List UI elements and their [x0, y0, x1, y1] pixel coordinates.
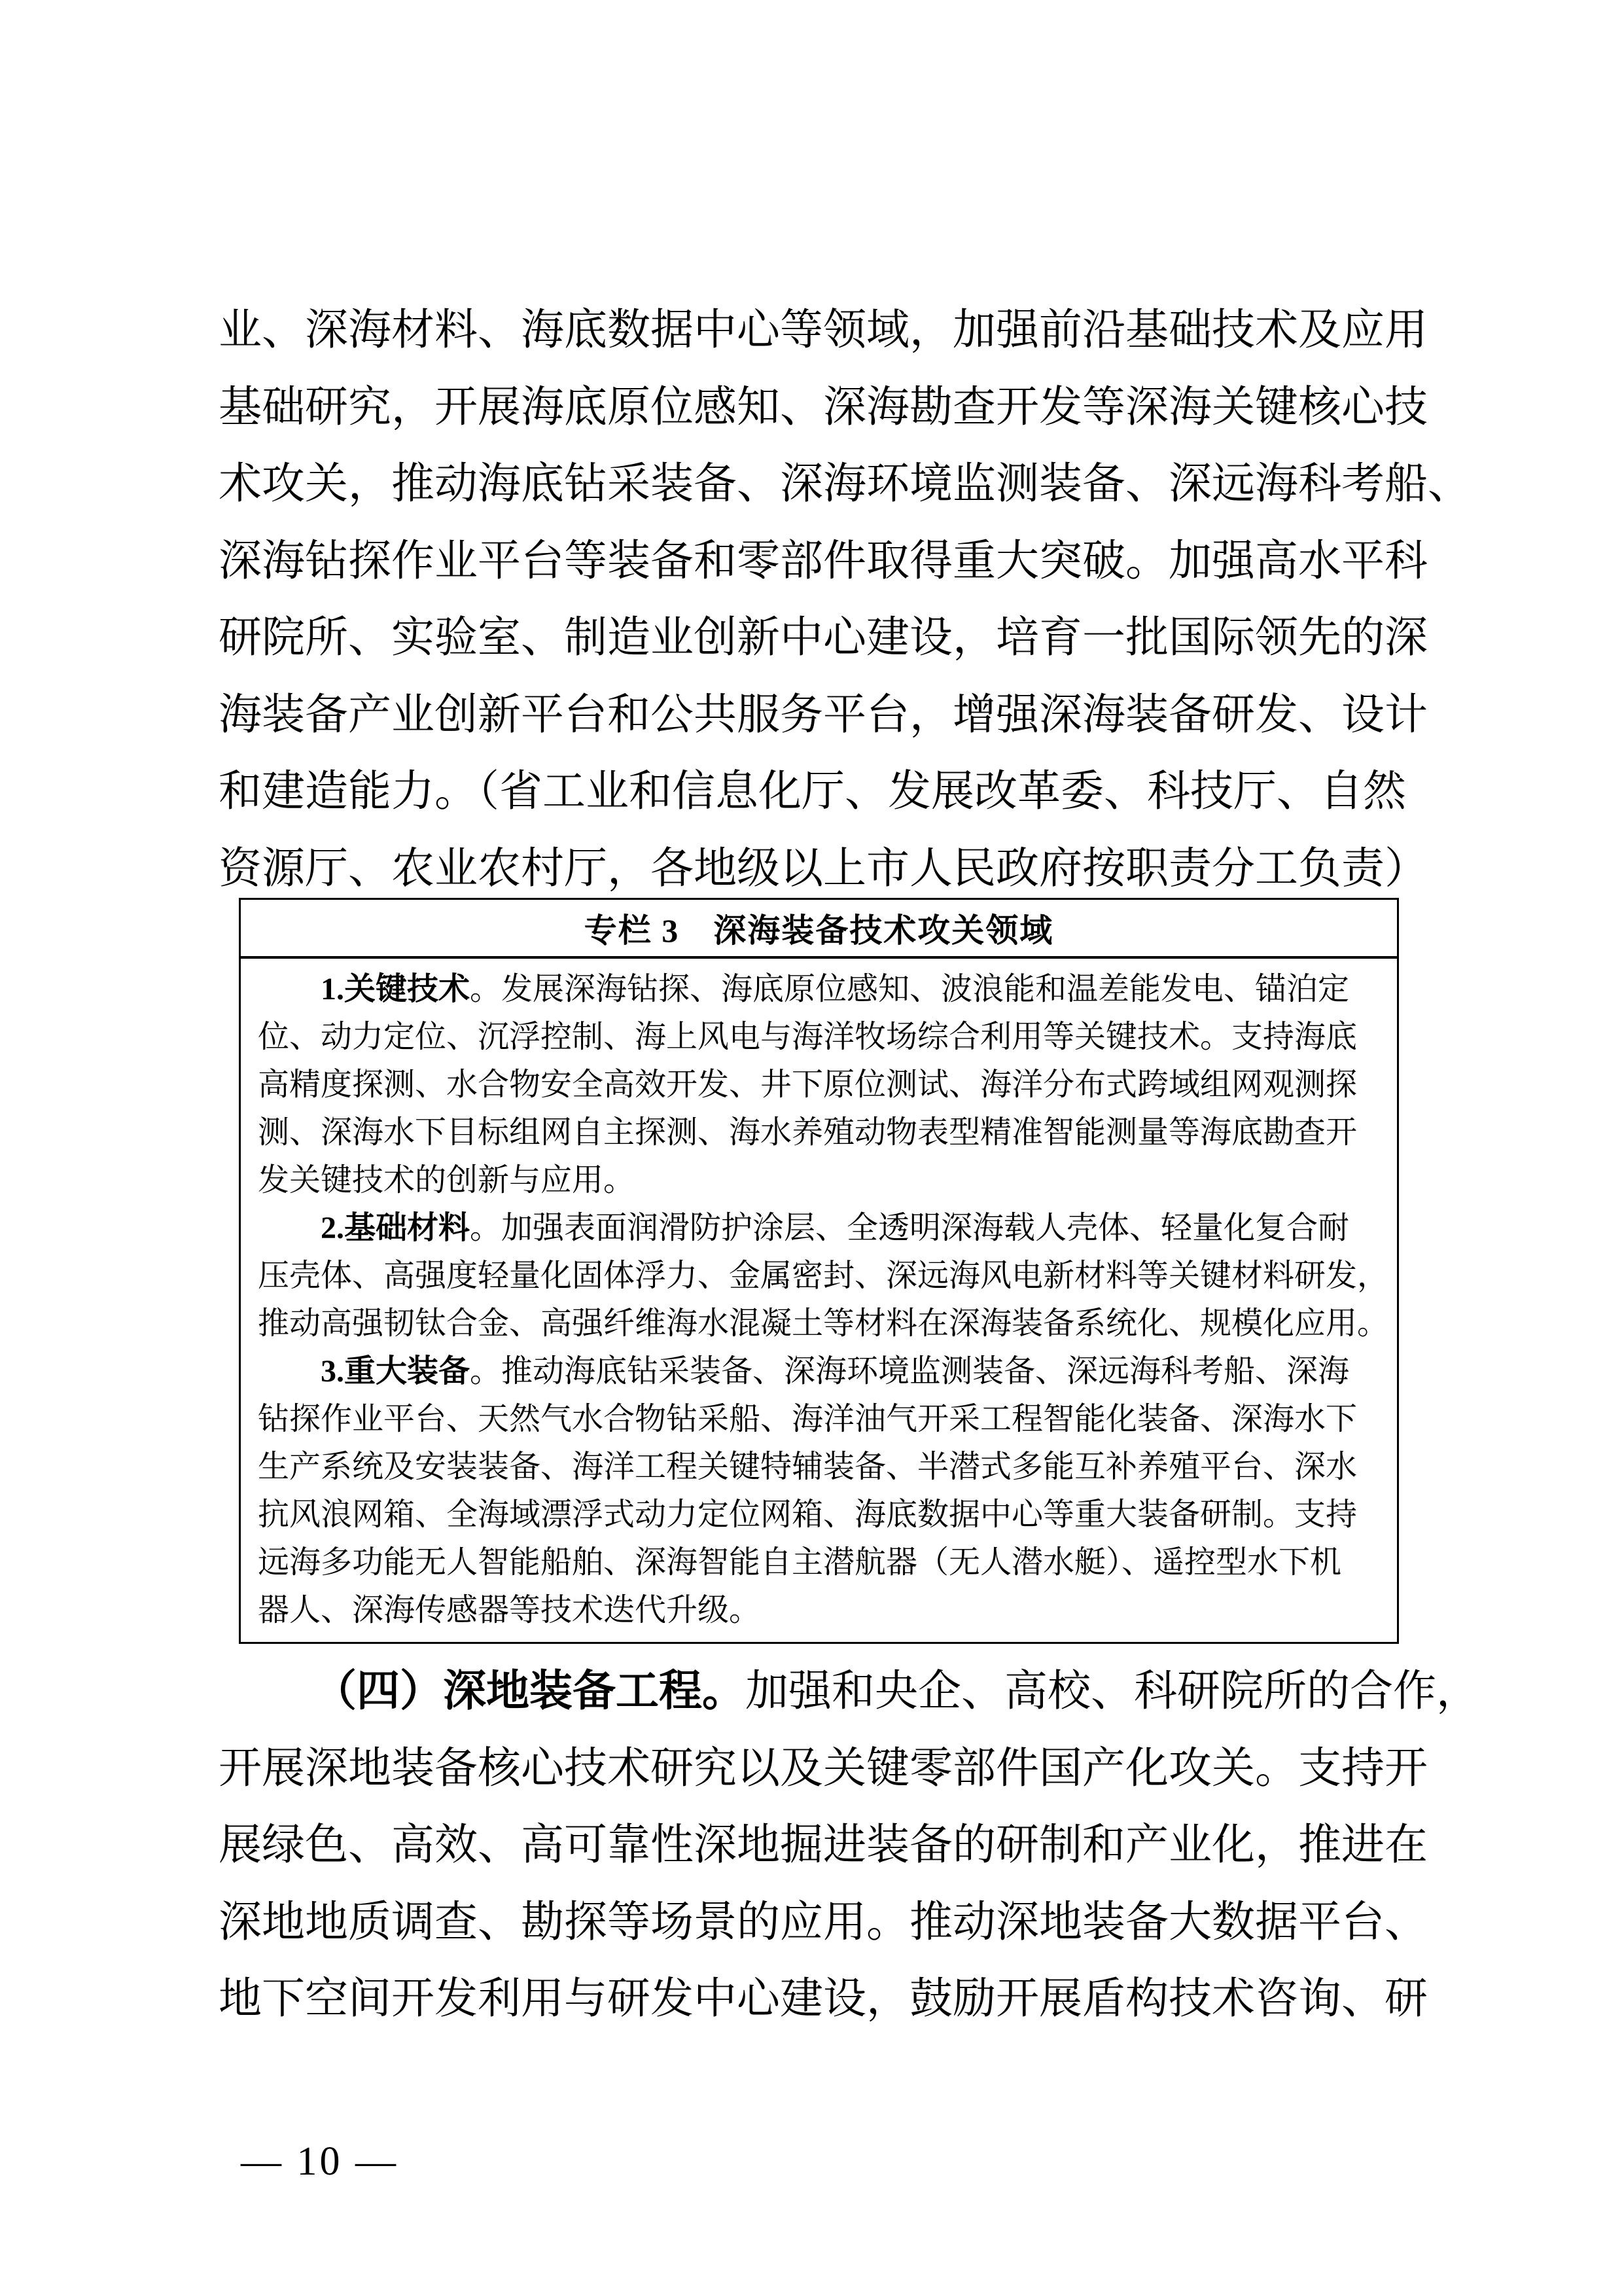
box-section-3-line: 抗风浪网箱、全海域漂浮式动力定位网箱、海底数据中心等重大装备研制。支持: [258, 1491, 1380, 1539]
box-section-1-heading: 1.关键技术: [321, 972, 470, 1006]
page-number: — 10 —: [241, 2139, 398, 2185]
box-section-2-text: 。加强表面润滑防护涂层、全透明深海载人壳体、轻量化复合耐: [470, 1211, 1349, 1245]
feature-box-body: 1.关键技术。发展深海钻探、海底原位感知、波浪能和温差能发电、锚泊定 位、动力定…: [241, 959, 1397, 1634]
body-text-line: 基础研究，开展海底原位感知、深海勘查开发等深海关键核心技: [219, 369, 1439, 446]
paragraph-deep-sea-continuation: 业、深海材料、海底数据中心等领域，加强前沿基础技术及应用 基础研究，开展海底原位…: [219, 292, 1439, 907]
paragraph-4-text: 加强和央企、高校、科研院所的合作，: [745, 1667, 1479, 1715]
box-section-3-heading: 3.重大装备: [321, 1354, 470, 1389]
document-page: 业、深海材料、海底数据中心等领域，加强前沿基础技术及应用 基础研究，开展海底原位…: [0, 0, 1624, 2295]
feature-box-title: 专栏 3 深海装备技术攻关领域: [241, 900, 1397, 959]
box-section-1-line: 位、动力定位、沉浮控制、海上风电与海洋牧场综合利用等关键技术。支持海底: [258, 1013, 1380, 1061]
box-section-3-line: 生产系统及安装装备、海洋工程关键特辅装备、半潜式多能互补养殖平台、深水: [258, 1443, 1380, 1491]
body-text-line: 地下空间开发利用与研发中心建设，鼓励开展盾构技术咨询、研: [219, 1961, 1439, 2038]
box-section-1-line: 高精度探测、水合物安全高效开发、井下原位测试、海洋分布式跨域组网观测探: [258, 1061, 1380, 1109]
body-text-line: （四）深地装备工程。加强和央企、高校、科研院所的合作，: [219, 1653, 1439, 1730]
body-text-line: 术攻关，推动海底钻采装备、深海环境监测装备、深远海科考船、: [219, 446, 1439, 523]
box-section-3-line: 钻探作业平台、天然气水合物钻采船、海洋油气开采工程智能化装备、深海水下: [258, 1395, 1380, 1443]
box-section-2-line: 2.基础材料。加强表面润滑防护涂层、全透明深海载人壳体、轻量化复合耐: [258, 1204, 1380, 1252]
box-section-3-line: 3.重大装备。推动海底钻采装备、深海环境监测装备、深远海科考船、深海: [258, 1347, 1380, 1395]
box-section-3-text: 。推动海底钻采装备、深海环境监测装备、深远海科考船、深海: [470, 1354, 1349, 1389]
body-text-line: 业、深海材料、海底数据中心等领域，加强前沿基础技术及应用: [219, 292, 1439, 369]
paragraph-deep-earth: （四）深地装备工程。加强和央企、高校、科研院所的合作， 开展深地装备核心技术研究…: [219, 1653, 1439, 2038]
box-section-2-heading: 2.基础材料: [321, 1211, 470, 1245]
box-section-2-line: 推动高强韧钛合金、高强纤维海水混凝土等材料在深海装备系统化、规模化应用。: [258, 1300, 1380, 1347]
body-text-line: 和建造能力。（省工业和信息化厅、发展改革委、科技厅、自然: [219, 753, 1439, 830]
box-section-3-line: 远海多功能无人智能船舶、深海智能自主潜航器（无人潜水艇）、遥控型水下机: [258, 1539, 1380, 1586]
box-section-1-line: 发关键技术的创新与应用。: [258, 1156, 1380, 1204]
box-section-1-line: 测、深海水下目标组网自主探测、海水养殖动物表型精准智能测量等海底勘查开: [258, 1109, 1380, 1156]
body-text-line: 深海钻探作业平台等装备和零部件取得重大突破。加强高水平科: [219, 523, 1439, 600]
box-section-1-line: 1.关键技术。发展深海钻探、海底原位感知、波浪能和温差能发电、锚泊定: [258, 965, 1380, 1013]
box-section-2-line: 压壳体、高强度轻量化固体浮力、金属密封、深远海风电新材料等关键材料研发，: [258, 1252, 1380, 1300]
body-text-line: 研院所、实验室、制造业创新中心建设，培育一批国际领先的深: [219, 599, 1439, 677]
body-text-line: 展绿色、高效、高可靠性深地掘进装备的研制和产业化，推进在: [219, 1807, 1439, 1884]
body-text-line: 开展深地装备核心技术研究以及关键零部件国产化攻关。支持开: [219, 1730, 1439, 1807]
box-section-1-text: 。发展深海钻探、海底原位感知、波浪能和温差能发电、锚泊定: [470, 972, 1349, 1006]
feature-box-column3: 专栏 3 深海装备技术攻关领域 1.关键技术。发展深海钻探、海底原位感知、波浪能…: [239, 898, 1399, 1644]
paragraph-4-heading: （四）深地装备工程。: [313, 1667, 745, 1715]
body-text-line: 深地地质调查、勘探等场景的应用。推动深地装备大数据平台、: [219, 1884, 1439, 1961]
box-section-3-line: 器人、深海传感器等技术迭代升级。: [258, 1586, 1380, 1634]
body-text-line: 海装备产业创新平台和公共服务平台，增强深海装备研发、设计: [219, 677, 1439, 754]
body-text-line: 资源厅、农业农村厅，各地级以上市人民政府按职责分工负责）: [219, 830, 1439, 908]
